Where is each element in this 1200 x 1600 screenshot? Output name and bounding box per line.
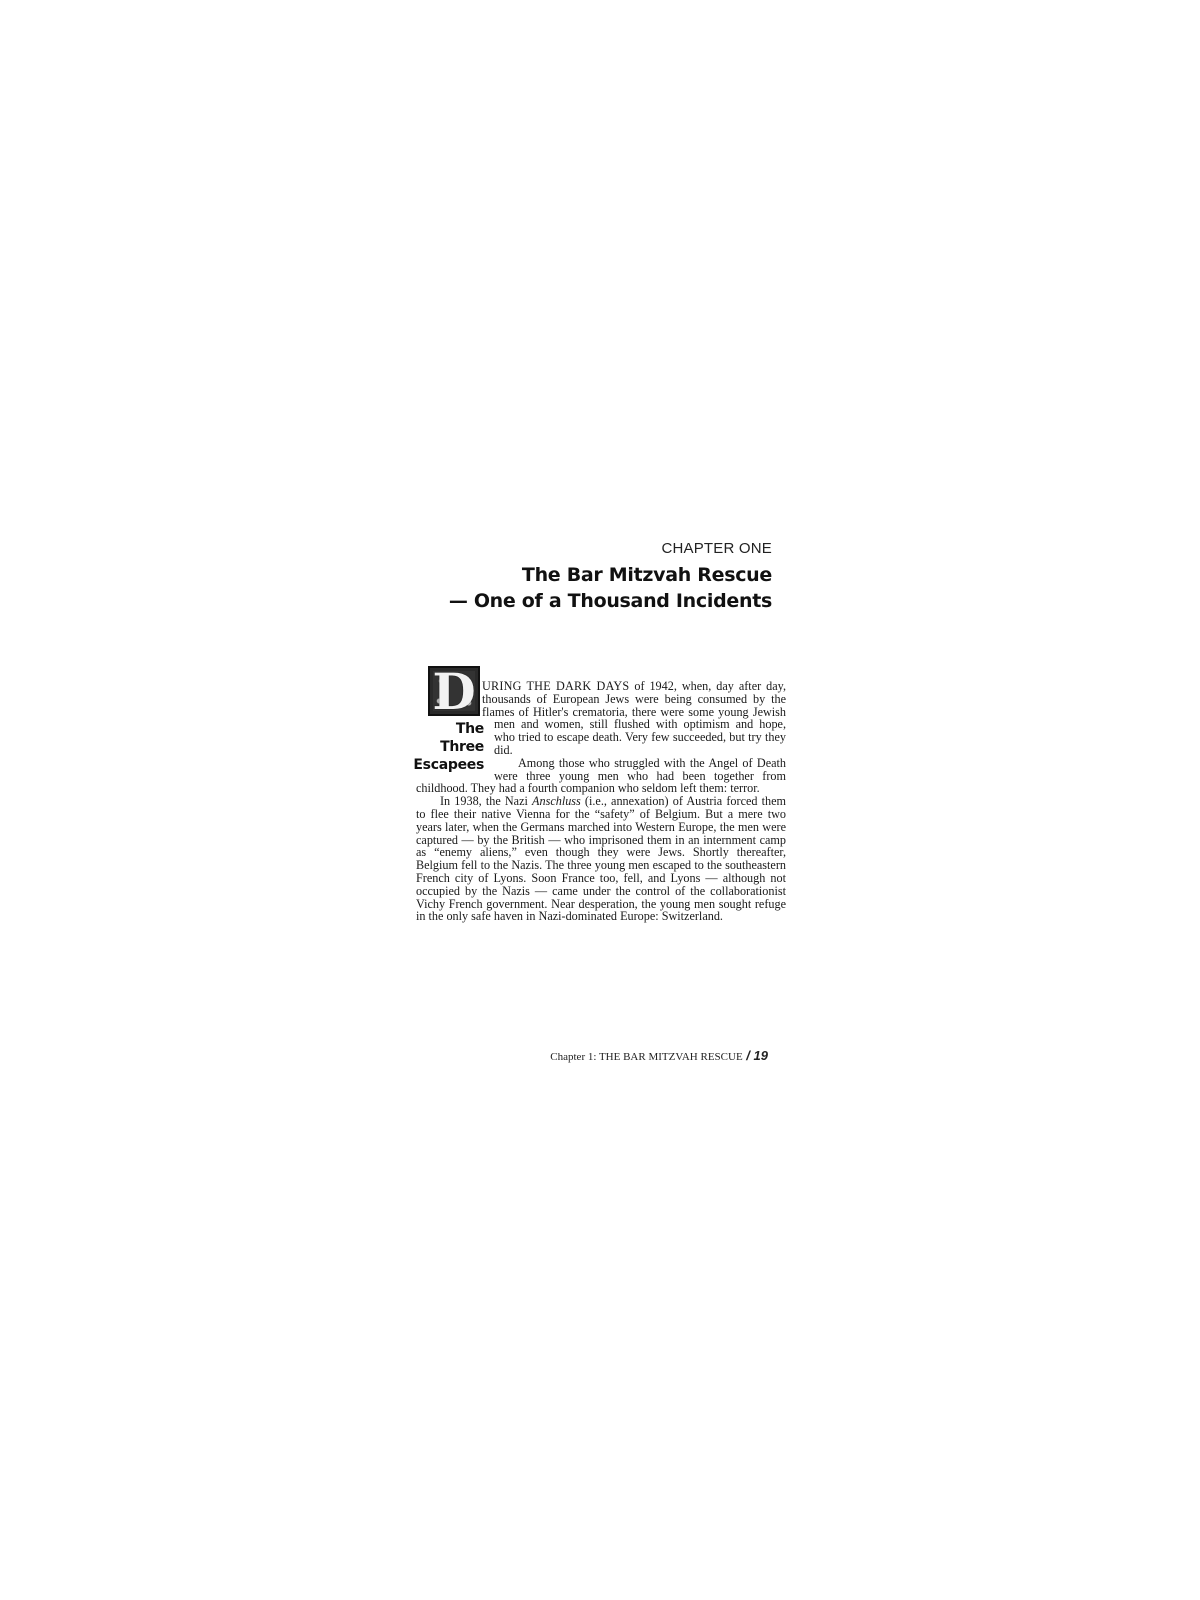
chapter-title-line-2: — One of a Thousand Incidents	[449, 588, 772, 614]
sidehead-line-2: Escapees	[408, 756, 484, 774]
sidehead: The Three Escapees	[408, 720, 484, 774]
footer-separator: /	[743, 1048, 754, 1063]
drop-cap-ornament-icon: D	[428, 666, 480, 716]
chapter-title-line-1: The Bar Mitzvah Rescue	[449, 562, 772, 588]
paragraph-3: In 1938, the Nazi Anschluss (i.e., annex…	[416, 795, 786, 923]
paragraph-1-text-b: and women, still flushed with optimism a…	[494, 717, 786, 757]
paragraph-3-text-b: (i.e., annexation) of Austria forced the…	[416, 794, 786, 923]
drop-cap-letter: D	[430, 666, 478, 716]
running-footer: Chapter 1: THE BAR MITZVAH RESCUE / 19	[550, 1048, 768, 1063]
page-number: 19	[754, 1048, 768, 1063]
sidehead-line-1: The Three	[408, 720, 484, 756]
paragraph-1: D URING THE DARK DAYS of 1942, when, day…	[416, 680, 786, 757]
body-text: D URING THE DARK DAYS of 1942, when, day…	[416, 680, 786, 923]
running-footer-title: Chapter 1: THE BAR MITZVAH RESCUE	[550, 1051, 742, 1063]
book-page: CHAPTER ONE The Bar Mitzvah Rescue — One…	[0, 0, 1200, 1600]
chapter-title: The Bar Mitzvah Rescue — One of a Thousa…	[449, 562, 772, 614]
chapter-label: CHAPTER ONE	[661, 540, 772, 557]
